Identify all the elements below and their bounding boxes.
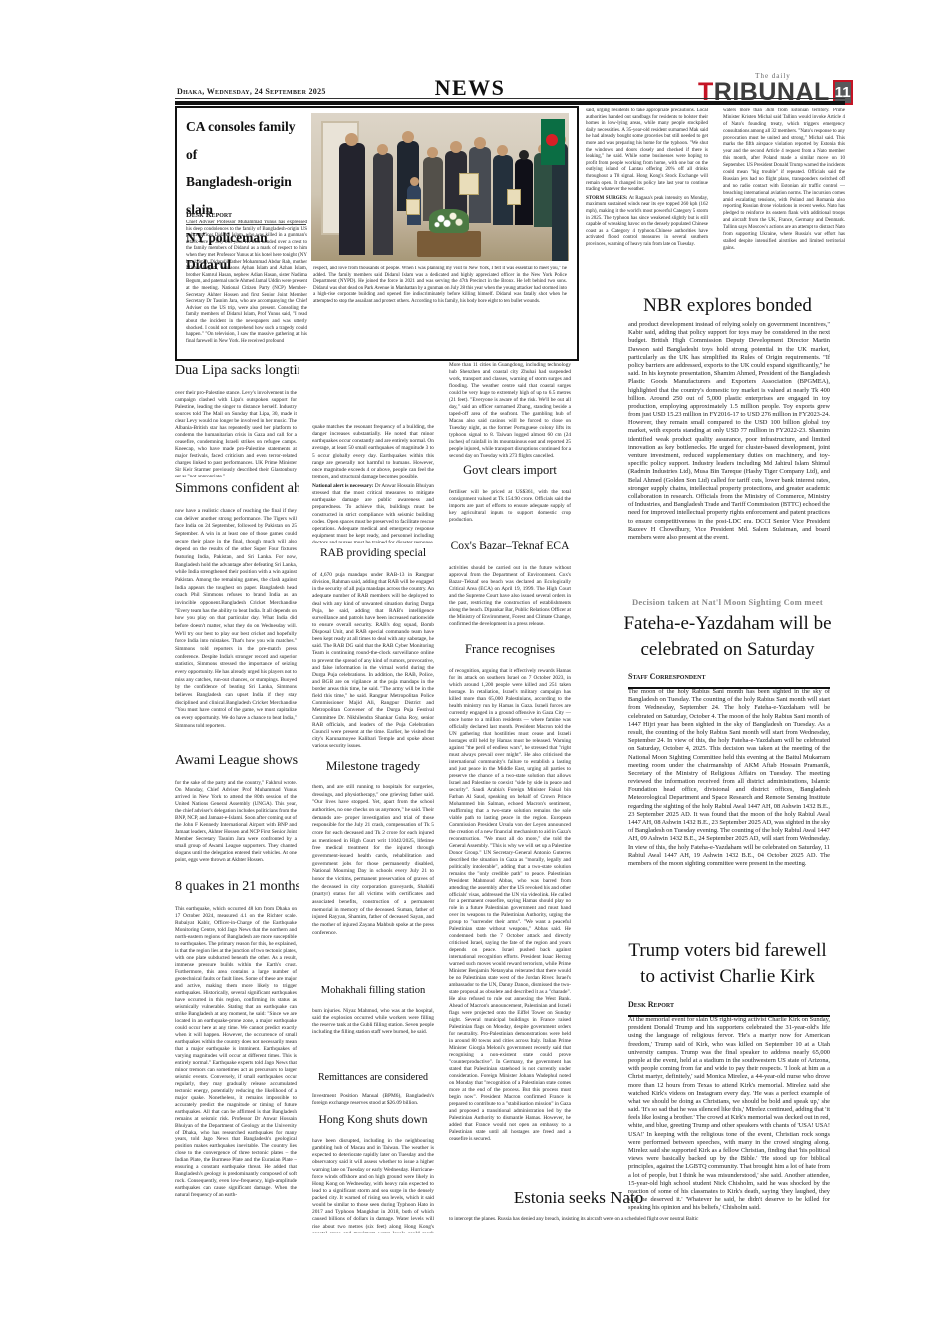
person-head <box>402 131 414 143</box>
dua-lipa-headline: Dua Lipa sacks longtime <box>175 363 299 378</box>
cox-bazar-headline: Cox's Bazar–Teknaf ECA <box>449 540 571 553</box>
person-head <box>377 144 388 155</box>
person-head <box>474 137 486 149</box>
fateha-byline: Staff Correspondent <box>628 672 705 681</box>
hong-kong-headline: Hong Kong shuts down <box>312 1114 434 1127</box>
crest-plaque <box>507 189 521 205</box>
milestone-body: them, and are still running to hospitals… <box>312 784 434 981</box>
estonia-continued-body: waters more than 3km from Estonian terri… <box>723 108 845 289</box>
rab-headline: RAB providing special <box>312 547 434 560</box>
person-figure <box>373 153 393 255</box>
trump-headline: Trump voters bid farewell to activist Ch… <box>620 938 835 989</box>
simmons-headline: Simmons confident ahead <box>175 481 299 496</box>
typhoon-main-body: said, urging residents to take appropria… <box>586 108 708 289</box>
remittances-headline: Remittances are considered <box>312 1072 434 1083</box>
person-head <box>519 150 529 160</box>
fateha-body: The moon of the holy Rabius Sani month h… <box>628 688 830 926</box>
france-body: of recognition, arguing that it effectiv… <box>449 668 571 1184</box>
header-rule-thick <box>175 101 845 105</box>
trump-body: At the memorial event for slain US right… <box>628 1016 830 1280</box>
newspaper-page: Dhaka, Wednesday, 24 September 2025 NEWS… <box>0 0 945 1336</box>
milestone-headline: Milestone tragedy <box>312 759 434 773</box>
awami-league-body: for the sake of the party and the countr… <box>175 780 297 875</box>
person-head <box>345 133 358 146</box>
govt-import-body: fertiliser will be priced at US$361, wit… <box>449 489 571 536</box>
crest-plaque <box>459 173 479 195</box>
dua-lipa-body: over their pro-Palestine stance. Levy's … <box>175 390 297 477</box>
nbr-body: and product development instead of relyi… <box>628 321 830 588</box>
nbr-headline: NBR explores bonded <box>620 293 835 319</box>
person-head <box>450 141 462 153</box>
mohakhali-body: burn injuries. Niyaz Mahmud, who was at … <box>312 1008 434 1068</box>
mohakhali-headline: Mohakhali filling station <box>312 985 434 997</box>
france-headline: France recognises <box>449 643 571 657</box>
cox-bazar-body: activities should be carried out in the … <box>449 565 571 639</box>
person-head <box>497 145 508 156</box>
hong-kong-body: have been disrupted, including in the ne… <box>312 1138 434 1233</box>
awami-league-headline: Awami League shows no <box>175 753 299 768</box>
bangladesh-flag <box>541 119 565 165</box>
lead-body-col-2: respect, and love from thousands of peop… <box>313 266 567 354</box>
quakes-body: This earthquake, which occurred 48 km fr… <box>175 906 297 1233</box>
flower-bouquet <box>429 209 469 233</box>
lead-body-col-1: Chief Adviser Professor Muhammad Yunus h… <box>186 220 307 352</box>
table-shape <box>417 231 481 257</box>
simmons-body: now have a realistic chance of reaching … <box>175 508 297 749</box>
typhoon-end-body: More than 11 cities in Guangdong, includ… <box>449 362 571 460</box>
flag-circle <box>546 134 558 146</box>
quakes-continued-body: quake matches the resonant frequency of … <box>312 424 434 543</box>
trump-byline: Desk Report <box>628 1000 674 1009</box>
crest-plaque <box>406 199 420 215</box>
govt-import-headline: Govt clears import <box>449 464 571 478</box>
fateha-kicker: Decision taken at Nat'l Moon Sighting Co… <box>620 597 835 607</box>
person-figure <box>339 143 365 255</box>
quakes-headline: 8 quakes in 21 months <box>175 879 299 894</box>
fateha-headline: Fateha-e-Yazdaham will be celebrated on … <box>620 611 835 662</box>
lead-photo <box>311 113 569 261</box>
person-head <box>427 147 438 158</box>
child-head <box>410 177 419 186</box>
rab-body: of 4,670 puja mandaps under RAB-13 in Ra… <box>312 572 434 755</box>
lead-article: CA consoles family ofBangladesh-origin s… <box>175 106 579 361</box>
lead-byline: Desk Report <box>186 210 232 219</box>
header-rule-thin <box>175 98 845 99</box>
remittances-body: Investment Position Manual (BPM6), Bangl… <box>312 1093 434 1110</box>
